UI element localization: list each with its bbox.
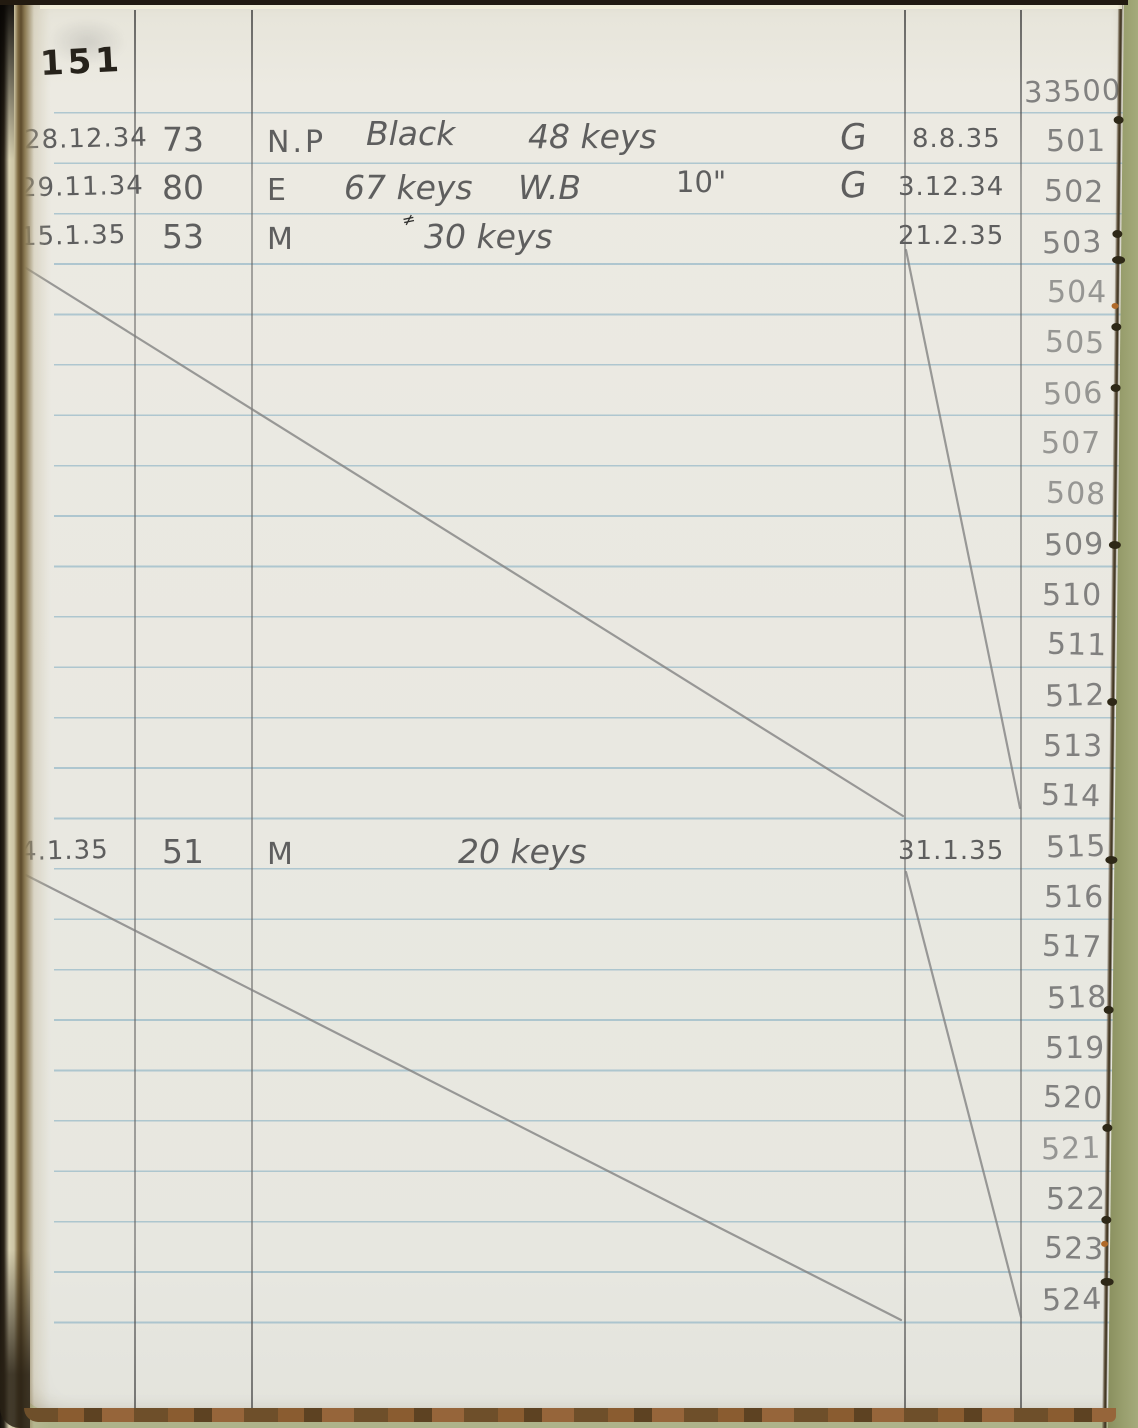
ledger-entry: 15.1.3553M30 keys21.2.35 [0, 217, 1138, 265]
binding-spine-edge [0, 0, 52, 1428]
ledger-entry: 4.1.3551M20 keys31.1.35 [0, 832, 1138, 880]
page-bottom-edge [24, 1408, 1116, 1422]
edge-speck [1104, 1006, 1114, 1014]
edge-speck [1114, 116, 1124, 124]
edge-speck [1111, 384, 1121, 392]
entry-description-2: 48 keys [528, 117, 657, 156]
spine-shadow-top [0, 0, 14, 160]
entry-return-date: 31.1.35 [898, 836, 1004, 866]
page-top-highlight [40, 5, 1122, 9]
entry-class: N.P [267, 125, 326, 160]
entry-description: Black [366, 114, 455, 153]
entry-class: M [267, 837, 296, 872]
edge-stain [1112, 303, 1119, 309]
entry-return-date: 21.2.35 [898, 221, 1004, 251]
entry-quantity: 51 [162, 832, 204, 871]
edge-speck [1102, 1124, 1112, 1132]
entry-description: 67 keys [344, 168, 473, 207]
strikethrough-line [906, 872, 1021, 1317]
edge-stain [1101, 1241, 1108, 1247]
entry-quantity: 80 [162, 168, 204, 207]
entry-description: 30 keys [424, 217, 553, 256]
entry-description: 20 keys [458, 832, 587, 871]
edge-speck [1105, 856, 1117, 864]
entry-quantity: 53 [162, 217, 204, 256]
edge-speck [1112, 230, 1122, 238]
entry-return-date: 3.12.34 [898, 172, 1004, 202]
edge-speck [1109, 541, 1121, 549]
scanned-ledger-page: 151 335005015025035045055065075085095105… [0, 0, 1138, 1428]
entry-grade: G [838, 165, 869, 208]
ledger-entry: 28.12.3473N.PBlack48 keysG8.8.35 [0, 120, 1138, 168]
entry-class: M [267, 222, 296, 257]
edge-speck [1101, 1278, 1114, 1286]
entry-return-date: 8.8.35 [912, 124, 1001, 154]
entry-class: E [267, 173, 289, 208]
entry-size: 10" [676, 165, 726, 199]
spine-shadow-bottom [0, 1250, 30, 1428]
strikethrough-line [18, 263, 903, 816]
edge-speck [1101, 1216, 1111, 1224]
edge-speck [1111, 323, 1121, 331]
series-start-number: 33500 [1024, 73, 1121, 110]
strikethrough-line [10, 867, 901, 1320]
ledger-entry: 29.11.3480E67 keysW.B10"G3.12.34 [0, 168, 1138, 216]
entry-description-2: W.B [518, 168, 581, 207]
entry-quantity: 73 [162, 120, 204, 159]
edge-speck [1112, 256, 1125, 264]
strikethrough-line [906, 250, 1020, 808]
entry-grade: G [838, 117, 869, 160]
edge-speck [1107, 698, 1117, 706]
